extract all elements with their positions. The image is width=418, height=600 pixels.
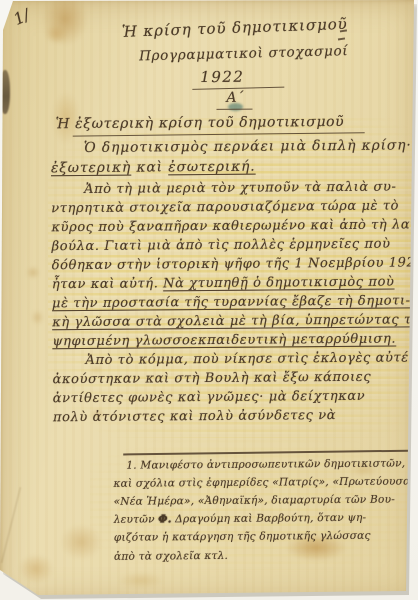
line-text: λευτῶν (114, 513, 159, 525)
footnote-line: «Νέα Ἡμέρα», «Ἀθηναϊκή», διαμαρτυρία τῶν… (114, 494, 395, 508)
line-underlined: μὲ τὴν προστασία τῆς τυραννίας ἔβαζε τὴ … (52, 293, 411, 311)
footnote-line: καὶ σχόλια στὶς ἐφημερίδες «Πατρίς», «Πρ… (113, 475, 418, 489)
footnote-line: ἀπὸ τὰ σχολεῖα κτλ. (114, 550, 228, 563)
line-text: βούλα. Γιατὶ μιὰ ἀπὸ τὶς πολλὲς ἑρμηνεῖε… (52, 237, 391, 255)
document-subtitle: Προγραμματικοὶ στοχασμοί (139, 43, 349, 64)
footnote-separator (123, 450, 416, 456)
manuscript-page: 1/ Ἡ κρίση τοῦ δημοτικισμοῦ Προγραμματικ… (0, 0, 418, 600)
document-year: 1922 (200, 68, 244, 86)
manuscript-line: πολὺ ἀτόνιστες καὶ πολὺ ἀσύνδετες νὰ (53, 408, 336, 425)
page-number-mark: 1/ (11, 5, 33, 29)
manuscript-line: ἀκούστηκαν καὶ στὴ Βουλὴ καὶ ἔξω κάποιες (53, 370, 372, 388)
document-title: Ἡ κρίση τοῦ δημοτικισμοῦ (122, 15, 348, 41)
ink-blot-initial: Φ. (158, 513, 171, 525)
plain-word: καὶ (131, 159, 168, 175)
manuscript-line: Ἀπὸ τὴ μιὰ μεριὰ τὸν χτυποῦν τὰ παλιὰ συ… (84, 180, 396, 197)
section-number: Α΄ (226, 90, 243, 106)
paragraph1-line1: Ὁ δημοτικισμὸς περνάει μιὰ διπλὴ κρίση· (84, 137, 412, 156)
line-text: δόθηκαν στὴν ἱστορικὴ ψῆφο τῆς 1 Νοεμβρί… (52, 255, 418, 273)
line-text: ἦταν καὶ αὐτή. (52, 276, 163, 292)
manuscript-line: ἀντίθετες φωνὲς καὶ γνῶμες· μὰ δείχτηκαν (53, 389, 366, 406)
line-underlined: Νὰ χτυπηθῇ ὁ δημοτικισμὸς ποὺ (163, 275, 394, 292)
footnote-line: λευτῶν Φ. Δραγούμη καὶ Βαρβούτη, ὅταν ψη… (114, 512, 367, 526)
manuscript-content: 1/ Ἡ κρίση τοῦ δημοτικισμοῦ Προγραμματικ… (0, 0, 418, 600)
underlined-word: ἐσωτερική. (168, 159, 255, 176)
manuscript-line: Ὁ δημοτικισμὸς περνάει μιὰ διπλὴ κρίση· (84, 137, 412, 156)
manuscript-line: δόθηκαν στὴν ἱστορικὴ ψῆφο τῆς 1 Νοεμβρί… (52, 255, 418, 273)
manuscript-line: ψηφισμένη γλωσσοεκπαιδευτικὴ μεταρρύθμισ… (52, 332, 396, 350)
ink-mark (338, 37, 345, 40)
underlined-word: ἐξωτερικὴ (51, 160, 131, 177)
photo-background: 1/ Ἡ κρίση τοῦ δημοτικισμοῦ Προγραμματικ… (0, 0, 418, 600)
line-text: Δραγούμη καὶ Βαρβούτη, ὅταν ψη- (172, 512, 367, 526)
line-text: ντηρητικὰ στοιχεῖα παρουσιαζόμενα τώρα μ… (51, 199, 399, 217)
manuscript-line: μὲ τὴν προστασία τῆς τυραννίας ἔβαζε τὴ … (52, 293, 411, 311)
manuscript-line: ντηρητικὰ στοιχεῖα παρουσιαζόμενα τώρα μ… (51, 199, 399, 217)
manuscript-line: βούλα. Γιατὶ μιὰ ἀπὸ τὶς πολλὲς ἑρμηνεῖε… (52, 237, 391, 255)
footnote-line: 1. Μανιφέστο ἀντιπροσωπευτικῶν δημοτικισ… (126, 457, 418, 471)
line-text: κῦρος ποὺ ξαναπῆραν καθιερωμένο καὶ ἀπὸ … (51, 217, 418, 235)
footnote-line: φιζόταν ἡ κατάργηση τῆς δημοτικῆς γλώσσα… (114, 530, 371, 544)
manuscript-line: Ἀπὸ τὸ κόμμα, ποὺ νίκησε στὶς ἐκλογὲς αὐ… (85, 350, 418, 368)
manuscript-line: ἐξωτερικὴ καὶ ἐσωτερική. (51, 159, 256, 177)
divider-rule-short (216, 109, 252, 111)
heading-underline (73, 132, 365, 137)
manuscript-line: ἦταν καὶ αὐτή. Νὰ χτυπηθῇ ὁ δημοτικισμὸς… (52, 275, 395, 293)
section-heading: Ἡ ἐξωτερικὴ κρίση τοῦ δημοτικισμοῦ (56, 114, 345, 132)
manuscript-line: κὴ γλῶσσα στὰ σχολειὰ μὲ τὴ βία, ὑπηρετώ… (52, 312, 418, 330)
line-text: Ἀπὸ τὴ μιὰ μεριὰ τὸν χτυποῦν τὰ παλιὰ συ… (84, 180, 396, 197)
manuscript-line: κῦρος ποὺ ξαναπῆραν καθιερωμένο καὶ ἀπὸ … (51, 217, 418, 235)
line-underlined: ψηφισμένη γλωσσοεκπαιδευτικὴ μεταρρύθμισ… (52, 332, 396, 350)
line-underlined: κὴ γλῶσσα στὰ σχολειὰ μὲ τὴ βία, ὑπηρετώ… (52, 312, 418, 330)
